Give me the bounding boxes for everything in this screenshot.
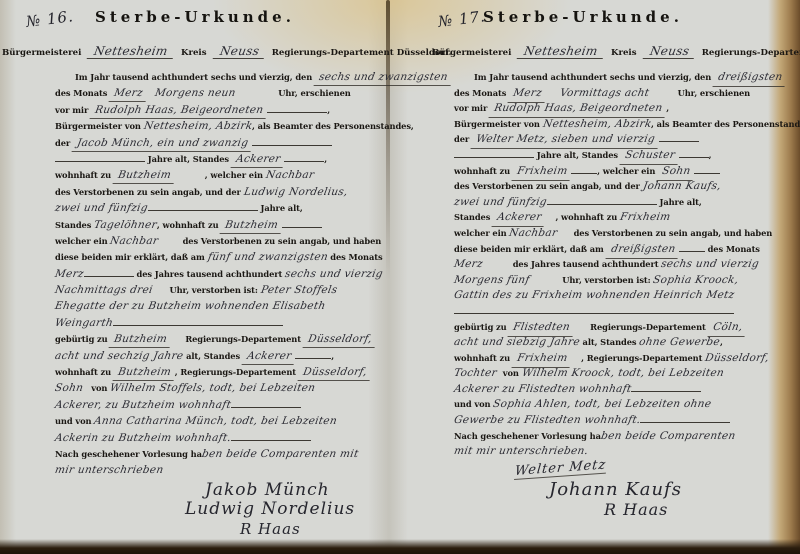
handwritten-text: ben beide Comparenten mit — [200, 446, 359, 462]
printed-text: von — [91, 383, 110, 393]
death-record-page-17: № 17. Sterbe-Urkunde. Bürgermeisterei Ne… — [392, 0, 774, 554]
document-line: gebürtig zu ButzheimRegierungs-Departeme… — [55, 329, 387, 345]
document-line: und von Sophia Ahlen, todt, bei Lebzeite… — [454, 394, 770, 410]
printed-text: und von — [55, 416, 94, 426]
document-line: gebürtig zu FlistedtenRegierungs-Departe… — [454, 317, 770, 333]
blank-rule — [267, 104, 327, 113]
document-line: Ackerin zu Butzheim wohnhaft. — [55, 428, 387, 444]
blank-rule — [640, 414, 730, 423]
printed-text: des Monats — [705, 244, 760, 254]
printed-text: des Jahres tausend achthundert — [513, 259, 662, 269]
handwritten-text: Ackerer — [492, 210, 547, 227]
spacer — [159, 243, 183, 244]
printed-text: welcher ein — [454, 228, 509, 238]
document-line: Standes Ackerer, wohnhaft zu Frixheim — [454, 207, 770, 223]
printed-text: wohnhaft zu — [55, 367, 114, 377]
printed-text: Jahre alt, — [657, 197, 702, 207]
kreis-value: Neuss — [212, 44, 266, 59]
printed-text: diese beiden mir erklärt, daß am — [454, 244, 607, 254]
handwritten-text: Nachmittags drei — [54, 282, 155, 298]
handwritten-text: Sohn — [657, 164, 696, 181]
handwritten-text: Gewerbe zu Flistedten wohnhaft. — [453, 413, 642, 429]
printed-text: des Jahres tausend achthundert — [134, 269, 285, 279]
page-header: № 16. Sterbe-Urkunde. — [0, 8, 390, 38]
handwritten-text: ben beide Comparenten — [600, 429, 737, 445]
document-line: des Verstorbenen zu sein angab, und der … — [55, 182, 387, 198]
printed-text: diese beiden mir erklärt, daß am — [55, 252, 208, 262]
handwritten-text: Rudolph Haas, Beigeordneten — [89, 102, 268, 119]
handwritten-text: Butzheim — [220, 217, 284, 234]
printed-text: der — [454, 134, 472, 144]
printed-text: , als Beamter des Personenstandes, — [252, 121, 414, 131]
document-line: wohnhaft zu Butzheim, Regierungs-Departe… — [55, 362, 387, 378]
document-line: Im Jahr tausend achthundert sechs und vi… — [454, 67, 770, 83]
printed-text: Uhr, verstorben ist: — [167, 285, 261, 295]
printed-text: , Regierungs-Departement — [175, 367, 299, 377]
document-line: der Welter Metz, sieben und vierzig — [454, 129, 770, 145]
spacer — [175, 177, 205, 178]
printed-text: des Monats — [454, 88, 509, 98]
document-line: wohnhaft zu Frixheim, welcher ein Sohn — [454, 161, 770, 177]
printed-text: Nach geschehener Vorlesung ha — [454, 431, 601, 441]
kreis-value: Neuss — [642, 44, 696, 59]
document-line: Morgens fünf Uhr, verstorben ist: Sophia… — [454, 270, 770, 286]
handwritten-text: Gattin des zu Frixheim wohnenden Heinric… — [453, 288, 736, 304]
handwritten-text: Tochter — [453, 366, 498, 382]
handwritten-text: Ludwig Nordelius, — [242, 184, 349, 200]
handwritten-text: Morgens fünf — [453, 273, 531, 289]
printed-text: des Verstorbenen zu sein angab, und der — [454, 181, 643, 191]
handwritten-text: Sophia Ahlen, todt, bei Lebzeiten ohne — [492, 397, 713, 413]
spacer — [454, 79, 474, 80]
blank-rule — [84, 268, 134, 277]
spacer — [649, 95, 675, 96]
document-line: Tochtervon Wilhelm Kroock, todt, bei Leb… — [454, 363, 770, 379]
handwritten-text: dreißigsten — [605, 242, 680, 259]
spacer — [55, 79, 75, 80]
printed-text: des Verstorbenen zu sein angab, und habe… — [574, 228, 773, 238]
death-record-page-16: № 16. Sterbe-Urkunde. Bürgermeisterei Ne… — [0, 0, 390, 554]
document-line: zwei und fünfzig Jahre alt, — [55, 198, 387, 214]
handwritten-text: Düsseldorf, — [704, 351, 770, 367]
handwritten-text: sechs und vierzig — [660, 257, 761, 273]
printed-text: Regierungs-Departement — [185, 334, 303, 344]
document-line: Weingarth — [55, 313, 387, 329]
handwritten-text: Anna Catharina Münch, todt, bei Lebzeite… — [93, 413, 339, 429]
printed-text: wohnhaft zu — [454, 353, 513, 363]
handwritten-text: Merz — [109, 85, 149, 102]
handwritten-text: acht und sechzig Jahre — [54, 348, 185, 364]
document-line: wohnhaft zu Butzheim, welcher ein Nachba… — [55, 165, 387, 181]
handwritten-text: Merz — [54, 266, 86, 282]
printed-text: des Verstorbenen zu sein angab, und der — [55, 187, 244, 197]
printed-text: des Verstorbenen zu sein angab, und habe… — [183, 236, 382, 246]
printed-text: Jahre alt, Standes — [145, 154, 232, 164]
printed-text: , welcher ein — [205, 170, 266, 180]
handwritten-text: Peter Stoffels — [259, 282, 338, 298]
spacer — [529, 282, 559, 283]
printed-text: Standes — [454, 212, 493, 222]
handwritten-text: Nettesheim, Abzirk — [142, 118, 253, 134]
handwritten-text: Cöln, — [707, 320, 747, 337]
printed-text: gebürtig zu — [454, 322, 509, 332]
printed-text: , welcher ein — [597, 166, 658, 176]
spacer — [235, 95, 275, 96]
printed-text: gebürtig zu — [55, 334, 110, 344]
printed-text: Jahre alt, — [258, 203, 303, 213]
kreis-label: Kreis — [181, 48, 207, 58]
document-line: und von Anna Catharina Münch, todt, bei … — [55, 411, 387, 427]
handwritten-text: Weingarth — [54, 315, 115, 331]
printed-text: alt, Standes — [183, 351, 243, 361]
handwritten-text: Frixheim — [619, 210, 672, 226]
printed-text: wohnhaft zu — [55, 170, 114, 180]
printed-text: Uhr, erschienen — [675, 88, 750, 98]
handwritten-text: acht und siebzig Jahre — [453, 335, 581, 351]
printed-text: Bürgermeister von — [454, 119, 543, 129]
jurisdiction-row: Bürgermeisterei Nettesheim Kreis Neuss R… — [432, 44, 774, 59]
signature: Welter Metz — [514, 458, 607, 480]
spacer — [171, 341, 185, 342]
document-line: Gattin des zu Frixheim wohnenden Heinric… — [454, 285, 770, 301]
signature: Ludwig Nordelius — [185, 499, 355, 519]
blank-rule — [679, 149, 709, 158]
document-line: vor mir Rudolph Haas, Beigeordneten, — [55, 100, 387, 116]
blank-rule — [231, 432, 311, 441]
printed-text: des Monats — [327, 252, 382, 262]
printed-text: wohnhaft zu — [454, 166, 513, 176]
printed-text: , als Beamter des Personenstandes, — [651, 119, 800, 129]
handwritten-text: Ehegatte der zu Butzheim wohnenden Elisa… — [54, 298, 327, 314]
handwritten-text: Welter Metz, sieben und vierzig — [470, 132, 660, 149]
spacer — [153, 292, 167, 293]
handwritten-text: Wilhelm Stoffels, todt, bei Lebzeiten — [109, 380, 317, 396]
document-line: mir unterschrieben — [55, 460, 387, 476]
document-line: des Verstorbenen zu sein angab, und der … — [454, 176, 770, 192]
document-line: diese beiden mir erklärt, daß am fünf un… — [55, 247, 387, 263]
blank-rule — [148, 202, 258, 211]
blank-rule — [571, 165, 597, 174]
document-line: diese beiden mir erklärt, daß am dreißig… — [454, 239, 770, 255]
blank-rule — [454, 149, 534, 158]
document-line: zwei und fünfzig Jahre alt, — [454, 192, 770, 208]
handwritten-text: Tagelöhner — [93, 217, 159, 233]
handwritten-text: Frixheim — [511, 164, 572, 181]
handwritten-text: ohne Gewerbe — [638, 335, 722, 351]
muni-value: Nettesheim — [517, 44, 605, 59]
handwritten-text: fünf und zwanzigsten — [206, 249, 329, 265]
handwritten-text: Wilhelm Kroock, todt, bei Lebzeiten — [520, 366, 725, 382]
printed-text: , — [327, 105, 330, 115]
document-body: Im Jahr tausend achthundert sechs und vi… — [454, 67, 770, 457]
handwritten-text: Ackerer, zu Butzheim wohnhaft — [54, 397, 233, 413]
document-line: Im Jahr tausend achthundert sechs und vi… — [55, 67, 387, 83]
document-line: Nachmittags drei Uhr, verstorben ist: Pe… — [55, 280, 387, 296]
handwritten-text: zwei und fünfzig — [453, 195, 548, 211]
page-header: № 17. Sterbe-Urkunde. — [392, 8, 774, 38]
handwritten-text: Merz — [508, 86, 548, 103]
signature-block: Welter MetzJohann KaufsR Haas — [454, 460, 774, 519]
spacer — [546, 95, 560, 96]
blank-rule — [252, 137, 332, 146]
printed-text: Standes — [55, 220, 94, 230]
blank-rule — [284, 153, 324, 162]
blank-rule — [295, 350, 331, 359]
handwritten-text: mit mir unterschrieben. — [453, 444, 590, 460]
handwritten-text: zwei und fünfzig — [54, 200, 150, 216]
muni-label: Bürgermeisterei — [432, 48, 511, 58]
signature: R Haas — [604, 500, 668, 519]
spacer — [545, 219, 555, 220]
spacer — [558, 235, 574, 236]
document-body: Im Jahr tausend achthundert sechs und vi… — [55, 67, 387, 477]
handwritten-text: Butzheim — [112, 167, 176, 184]
handwritten-text: Merz — [453, 257, 484, 273]
printed-text: vor mir — [55, 105, 91, 115]
blank-rule — [547, 196, 657, 205]
handwritten-text: Ackerer — [230, 151, 285, 168]
handwritten-text: Butzheim — [109, 331, 173, 348]
blank-rule — [659, 133, 699, 142]
handwritten-text: Ackerin zu Butzheim wohnhaft. — [54, 430, 233, 446]
printed-text: , — [324, 154, 327, 164]
spacer — [483, 266, 513, 267]
handwritten-text: Sohn — [54, 380, 85, 396]
document-line: Gewerbe zu Flistedten wohnhaft. — [454, 410, 770, 426]
document-line: Ackerer zu Flistedten wohnhaft — [454, 379, 770, 395]
handwritten-text: sechs und vierzig — [284, 266, 385, 282]
jurisdiction-row: Bürgermeisterei Nettesheim Kreis Neuss R… — [2, 44, 390, 59]
document-line: der Jacob Münch, ein und zwanzig — [55, 133, 387, 149]
spacer — [574, 329, 590, 330]
handwritten-text: Morgens neun — [153, 85, 237, 101]
scanned-death-register-photo: № 16. Sterbe-Urkunde. Bürgermeisterei Ne… — [0, 0, 800, 554]
handwritten-text: Rudolph Haas, Beigeordneten — [489, 101, 668, 118]
handwritten-text: Nettesheim, Abzirk — [541, 117, 652, 133]
department-label: Regierungs-Departement Düsseldorf. — [702, 48, 800, 58]
blank-rule — [679, 243, 705, 252]
printed-text: alt, Standes — [580, 337, 640, 347]
printed-text: , Regierungs-Departement — [581, 353, 705, 363]
kreis-label: Kreis — [611, 48, 637, 58]
handwritten-text: Schuster — [619, 148, 680, 165]
handwritten-text: Nachbar — [264, 167, 315, 183]
printed-text: Uhr, verstorben ist: — [559, 275, 653, 285]
document-line: vor mir Rudolph Haas, Beigeordneten, — [454, 98, 770, 114]
printed-text: Im Jahr tausend achthundert sechs und vi… — [75, 72, 315, 82]
printed-text: Im Jahr tausend achthundert sechs und vi… — [474, 72, 714, 82]
handwritten-text: Ackerer — [241, 348, 296, 365]
document-line: Merz des Jahres tausend achthundert sech… — [55, 264, 387, 280]
printed-text: und von — [454, 399, 493, 409]
signature: R Haas — [240, 520, 301, 538]
printed-text: welcher ein — [55, 236, 110, 246]
spacer — [571, 360, 581, 361]
document-line: Nach geschehener Vorlesung haben beide C… — [55, 444, 387, 460]
document-line: Ackerer, zu Butzheim wohnhaft — [55, 395, 387, 411]
signature: Johann Kaufs — [549, 479, 682, 500]
handwritten-text: Frixheim — [511, 351, 572, 368]
document-line: Standes Tagelöhner, wohnhaft zu Butzheim — [55, 215, 387, 231]
blank-rule — [55, 153, 145, 162]
blank-rule — [454, 305, 734, 314]
signature: Jakob Münch — [205, 480, 330, 500]
printed-text: , — [331, 351, 334, 361]
blank-rule — [694, 165, 720, 174]
handwritten-text: Sophia Kroock, — [652, 273, 740, 289]
printed-text: , — [709, 150, 712, 160]
handwritten-text: dreißigsten — [712, 70, 787, 87]
handwritten-text: Johann Kaufs, — [641, 179, 722, 195]
printed-text: von — [503, 368, 522, 378]
printed-text: Bürgermeister von — [55, 121, 144, 131]
blank-rule — [631, 383, 701, 392]
printed-text: vor mir — [454, 103, 490, 113]
muni-value: Nettesheim — [87, 44, 175, 59]
handwritten-text: Düsseldorf, — [302, 331, 377, 348]
printed-text: Nach geschehener Vorlesung ha — [55, 449, 202, 459]
handwritten-text: Butzheim — [112, 364, 176, 381]
handwritten-text: Düsseldorf, — [297, 364, 372, 381]
signature-block: Jakob MünchLudwig NordeliusR Haas — [55, 480, 390, 538]
printed-text: der — [55, 138, 73, 148]
printed-text: , wohnhaft zu — [157, 220, 221, 230]
handwritten-text: Flistedten — [508, 320, 576, 337]
handwritten-text: Nachbar — [508, 226, 559, 242]
blank-rule — [231, 399, 301, 408]
handwritten-text: Jacob Münch, ein und zwanzig — [71, 135, 253, 152]
handwritten-text: Ackerer zu Flistedten wohnhaft — [453, 382, 633, 398]
handwritten-text: Nachbar — [109, 233, 160, 249]
handwritten-text: mir unterschrieben — [54, 462, 165, 478]
muni-label: Bürgermeisterei — [2, 48, 81, 58]
printed-text: des Monats — [55, 88, 110, 98]
printed-text: Uhr, erschienen — [275, 88, 350, 98]
printed-text: Regierungs-Departement — [590, 322, 708, 332]
blank-rule — [282, 219, 322, 228]
document-line: Ehegatte der zu Butzheim wohnenden Elisa… — [55, 296, 387, 312]
printed-text: , wohnhaft zu — [555, 212, 619, 222]
handwritten-text: Vormittags acht — [558, 86, 650, 102]
blank-rule — [113, 317, 283, 326]
printed-text: Jahre alt, Standes — [534, 150, 621, 160]
